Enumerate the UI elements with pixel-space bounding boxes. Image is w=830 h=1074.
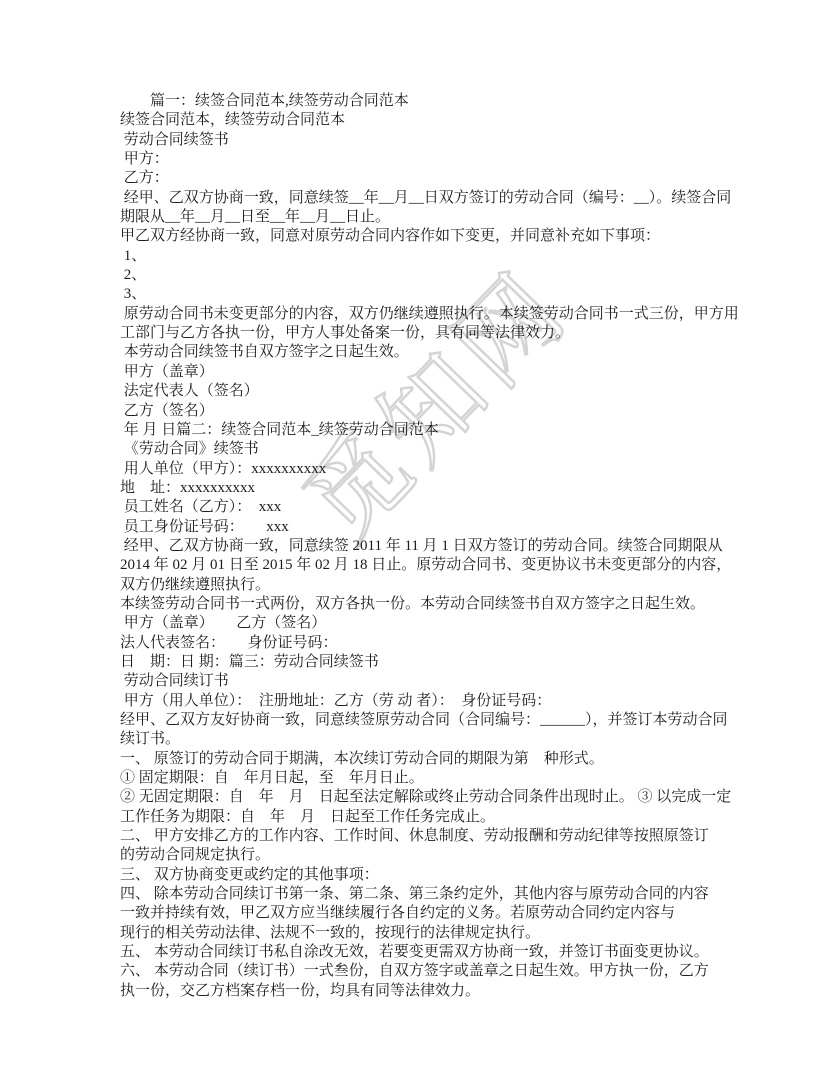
document-line: 劳动合同续签书 [120, 131, 726, 150]
document-line: 甲方（用人单位）： 注册地址：乙方（劳 动 者）： 身份证号码： [120, 692, 726, 711]
document-line: 法定代表人（签名） [120, 382, 726, 401]
document-line: 一、 原签订的劳动合同于期满，本次续订劳动合同的期限为第 种形式。 [120, 750, 726, 769]
document-line: 二、 甲方安排乙方的工作内容、工作时间、休息制度、劳动报酬和劳动纪律等按照原签订 [120, 827, 726, 846]
document-line: 六、 本劳动合同（续订书）一式叁份，自双方签字或盖章之日起生效。甲方执一份，乙方 [120, 962, 726, 981]
document-line: 法人代表签名： 身份证号码： [120, 634, 726, 653]
document-line: 的劳动合同规定执行。 [120, 846, 726, 865]
document-line: 3、 [120, 285, 726, 304]
document-line: 本续签劳动合同书一式两份，双方各执一份。本劳动合同续签书自双方签字之日起生效。 [120, 595, 726, 614]
document-line: 经甲、乙双方协商一致，同意续签__年__月__日双方签订的劳动合同（编号：__）… [120, 189, 726, 208]
document-line: 工作任务为期限：自 年 月 日起至工作任务完成止。 [120, 808, 726, 827]
document-line: 员工姓名（乙方）： xxx [120, 498, 726, 517]
document-line: 用人单位（甲方）：xxxxxxxxxx [120, 460, 726, 479]
document-line: 甲方（盖章） [120, 363, 726, 382]
document-line: 执一份，交乙方档案存档一份，均具有同等法律效力。 [120, 982, 726, 1001]
document-line: 四、 除本劳动合同续订书第一条、第二条、第三条约定外，其他内容与原劳动合同的内容 [120, 885, 726, 904]
document-line: ② 无固定期限：自 年 月 日起至法定解除或终止劳动合同条件出现时止。 ③ 以完… [120, 788, 726, 807]
document-line: 甲方： [120, 150, 726, 169]
document-line: 2014 年 02 月 01 日至 2015 年 02 月 18 日止。原劳动合… [120, 556, 726, 575]
document-line: 五、 本劳动合同续订书私自涂改无效，若要变更需双方协商一致，并签订书面变更协议。 [120, 943, 726, 962]
document-content: 篇一：续签合同范本,续签劳动合同范本续签合同范本，续签劳动合同范本 劳动合同续签… [120, 92, 726, 1001]
document-line: 乙方（签名） [120, 402, 726, 421]
document-line: 原劳动合同书未变更部分的内容，双方仍继续遵照执行。本续签劳动合同书一式三份，甲方… [120, 305, 726, 324]
document-line: 本劳动合同续签书自双方签字之日起生效。 [120, 343, 726, 362]
document-line: 续签合同范本，续签劳动合同范本 [120, 111, 726, 130]
document-line: 乙方： [120, 169, 726, 188]
document-line: 经甲、乙双方友好协商一致，同意续签原劳动合同（合同编号：______），并签订本… [120, 711, 726, 730]
document-line: 现行的相关劳动法律、法规不一致的，按现行的法律规定执行。 [120, 924, 726, 943]
document-line: 2、 [120, 266, 726, 285]
document-page: 觅知网 篇一：续签合同范本,续签劳动合同范本续签合同范本，续签劳动合同范本 劳动… [0, 0, 830, 1074]
document-line: 日 期：日 期：篇三：劳动合同续签书 [120, 653, 726, 672]
document-line: 年 月 日篇二：续签合同范本_续签劳动合同范本 [120, 421, 726, 440]
document-line: 地 址：xxxxxxxxxx [120, 479, 726, 498]
document-line: 工部门与乙方各执一份，甲方人事处备案一份，具有同等法律效力。 [120, 324, 726, 343]
document-line: 甲乙双方经协商一致，同意对原劳动合同内容作如下变更，并同意补充如下事项： [120, 227, 726, 246]
document-line: ① 固定期限：自 年月日起，至 年月日止。 [120, 769, 726, 788]
document-line: 劳动合同续订书 [120, 672, 726, 691]
document-line: 一致并持续有效，甲乙双方应当继续履行各自约定的义务。若原劳动合同约定内容与 [120, 904, 726, 923]
document-line: 员工身份证号码： xxx [120, 518, 726, 537]
document-line: 《劳动合同》续签书 [120, 440, 726, 459]
document-line: 期限从__年__月__日至__年__月__日止。 [120, 208, 726, 227]
document-line: 甲方（盖章） 乙方（签名） [120, 614, 726, 633]
document-line: 三、 双方协商变更或约定的其他事项： [120, 866, 726, 885]
document-line: 1、 [120, 247, 726, 266]
document-line: 双方仍继续遵照执行。 [120, 576, 726, 595]
document-line: 续订书。 [120, 730, 726, 749]
document-line: 篇一：续签合同范本,续签劳动合同范本 [120, 92, 726, 111]
document-line: 经甲、乙双方协商一致，同意续签 2011 年 11 月 1 日双方签订的劳动合同… [120, 537, 726, 556]
